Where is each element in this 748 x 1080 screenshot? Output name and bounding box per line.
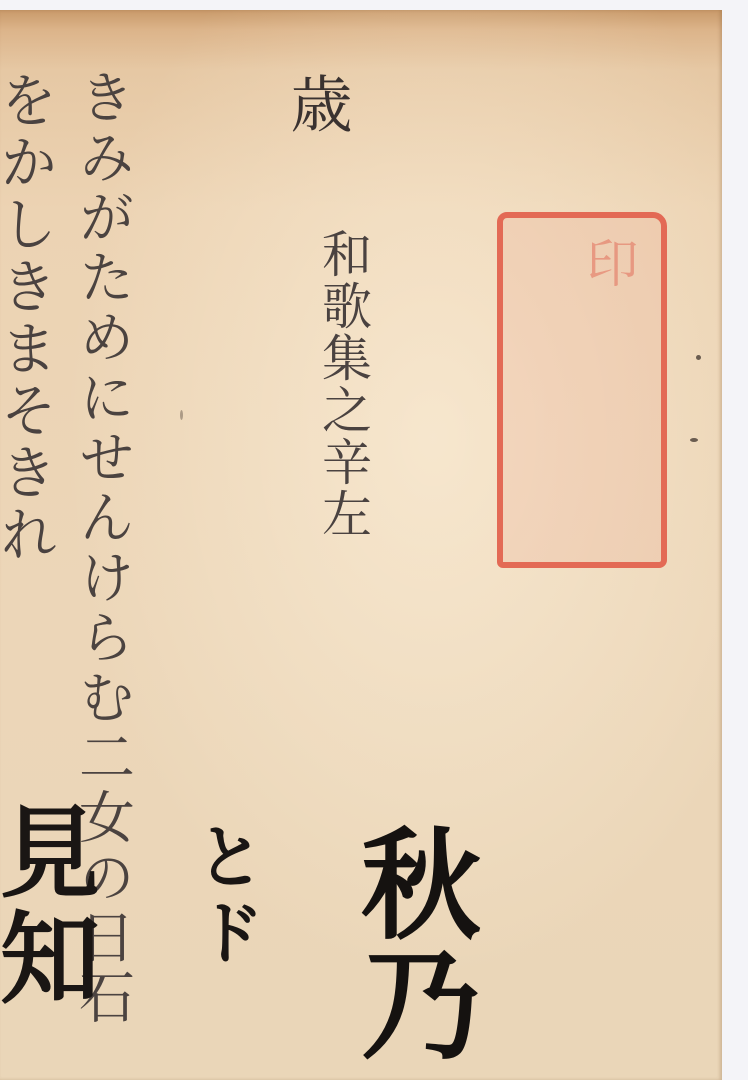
paper-speck — [180, 410, 183, 420]
edge-text-column: をかしきまそきれ — [0, 70, 66, 566]
subtitle-column: 和歌集之辛左 — [318, 228, 368, 540]
bold-calligraphy-column-3: 見知 — [0, 800, 114, 1012]
bold-calligraphy-column-2: とド — [175, 820, 276, 972]
manuscript-paper: 歳 和歌集之辛左 きみがためにせんけらむ二女の日石 をかしきまそきれ 秋乃 とド… — [0, 10, 722, 1080]
paper-speck — [696, 355, 701, 360]
seal-text: 印 — [521, 236, 643, 544]
red-seal-stamp: 印 — [497, 212, 667, 568]
title-column: 歳 — [272, 72, 361, 140]
paper-speck — [690, 438, 698, 442]
bold-calligraphy-column: 秋乃 — [325, 822, 497, 1062]
